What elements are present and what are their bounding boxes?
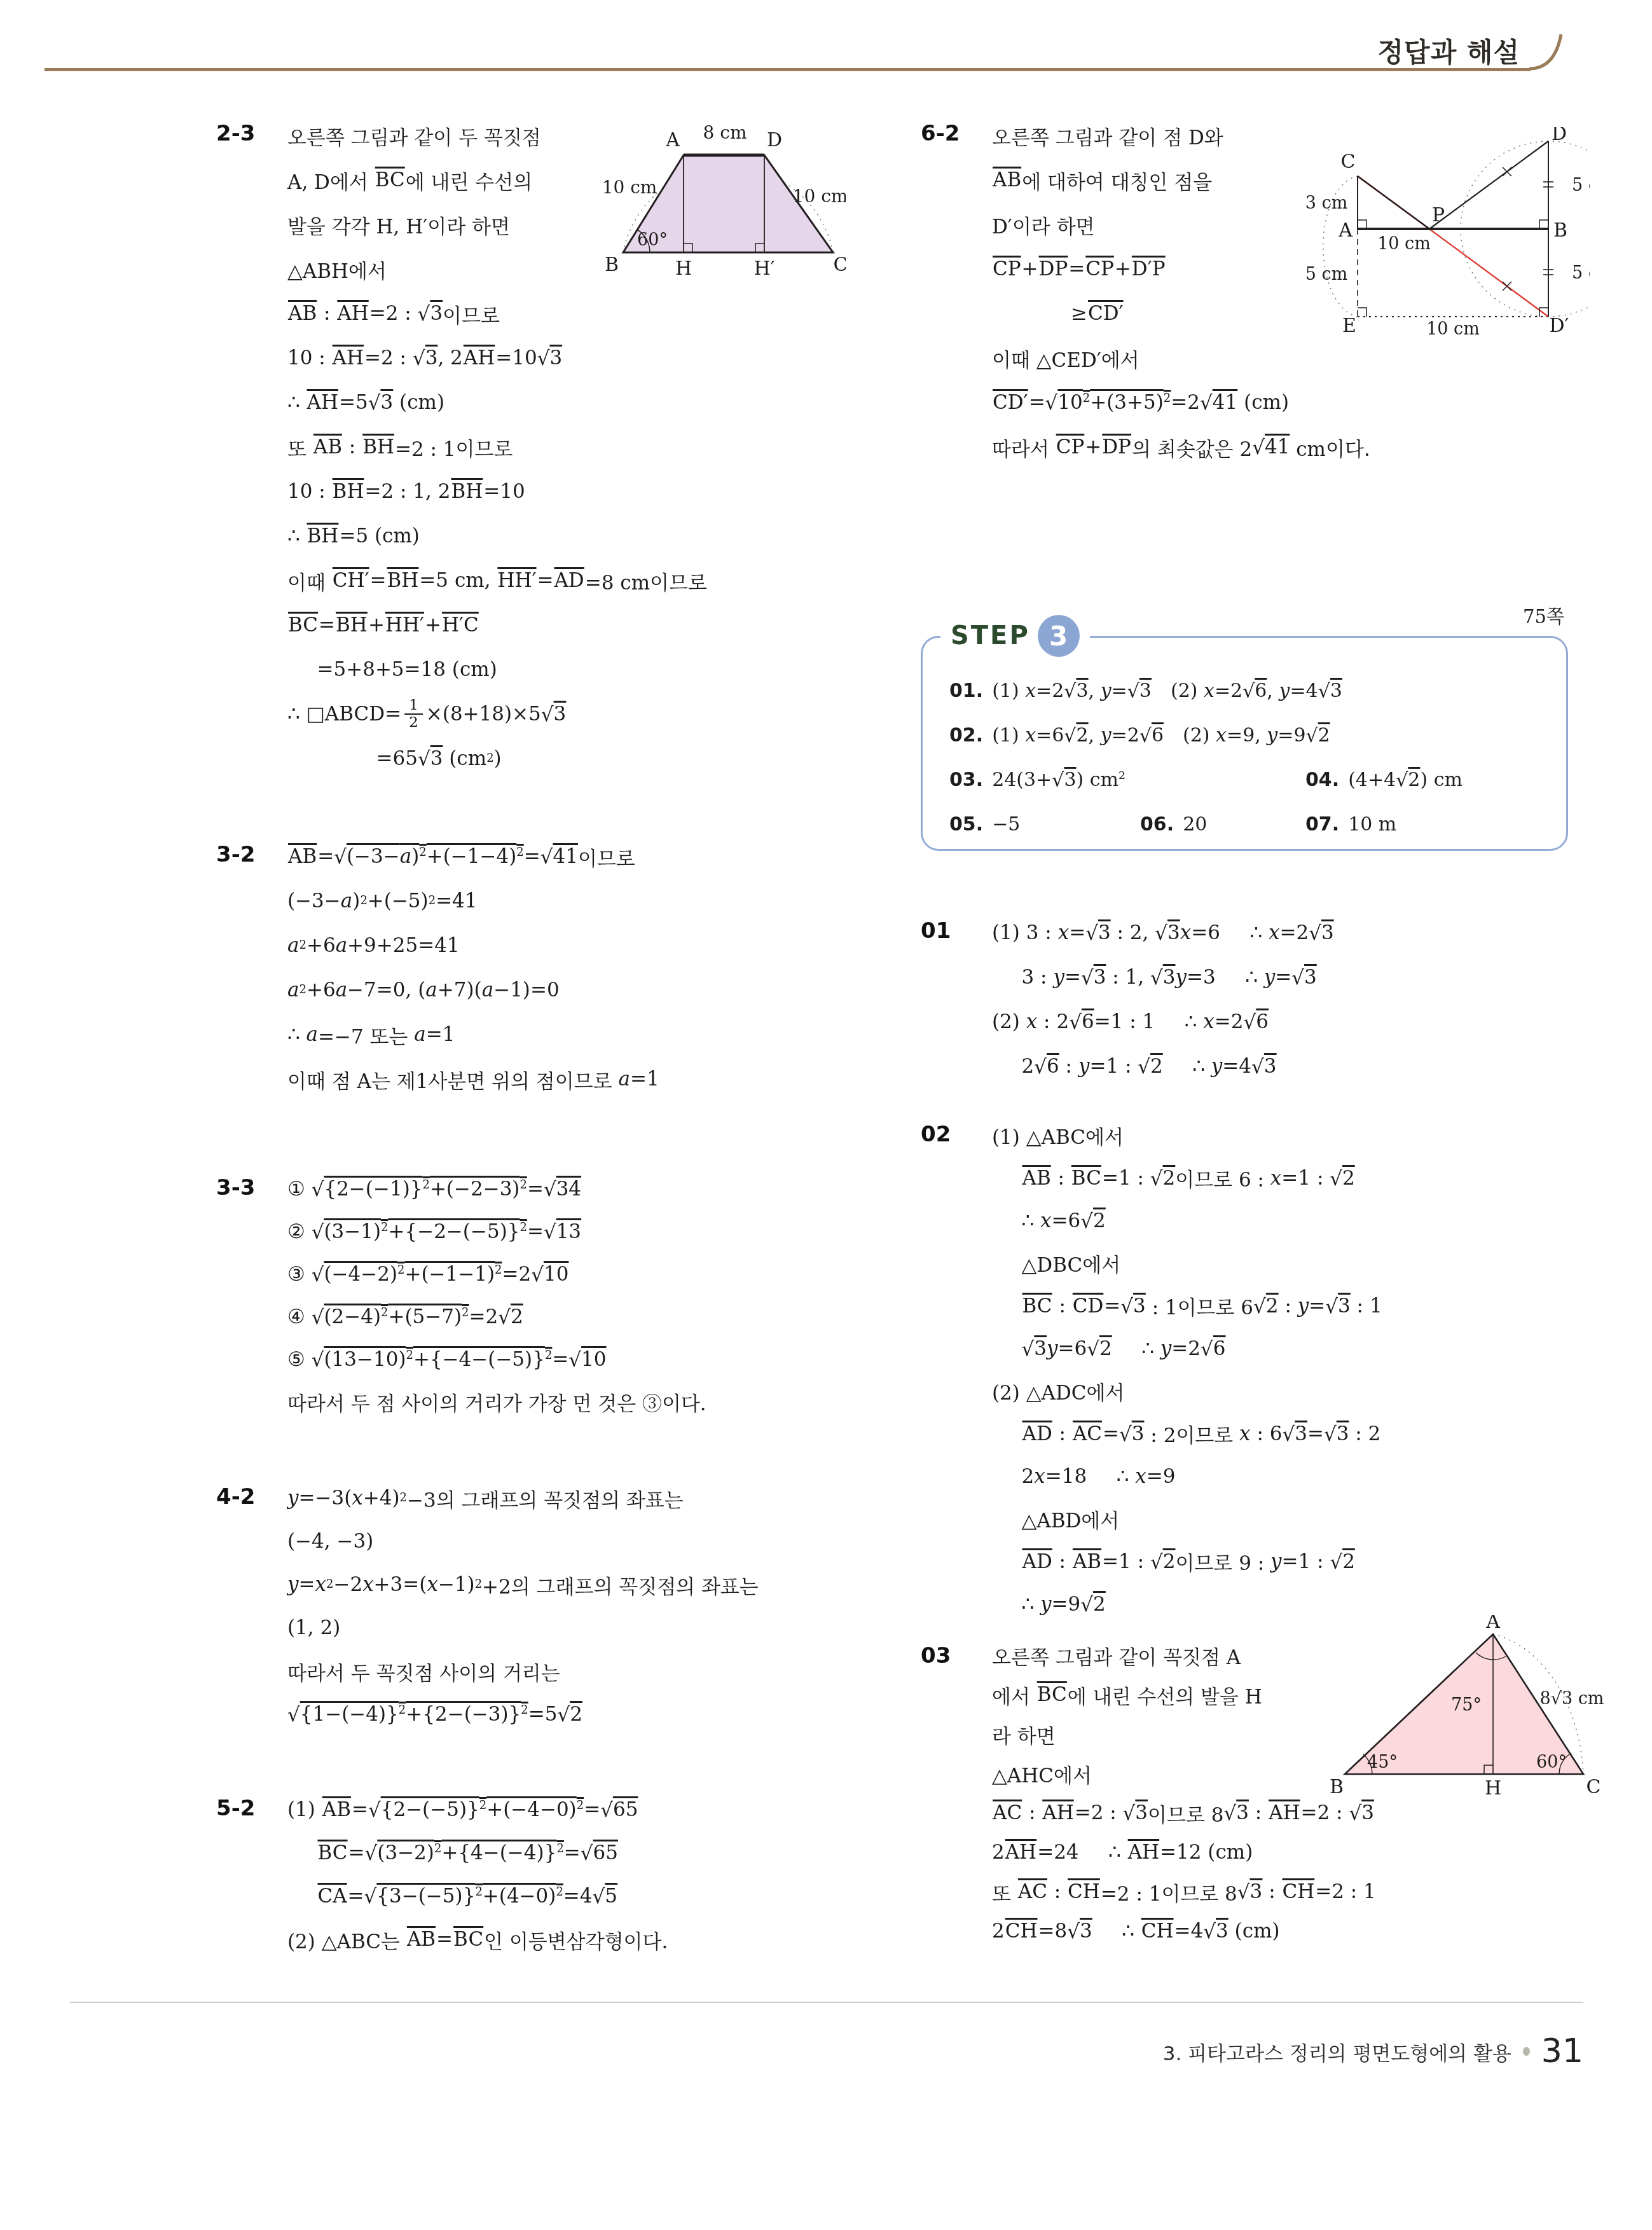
measure-label: 5 cm <box>1572 176 1590 195</box>
angle-label: 75° <box>1451 1695 1482 1715</box>
vertex-label: C <box>834 254 846 276</box>
math-line: a2+6a−7=0, (a+7)(a−1)=0 <box>287 968 659 1012</box>
math-line: (1) △ABC에서 <box>992 1114 1382 1157</box>
math-line: BC=BH+HH′+H′C <box>287 603 707 647</box>
answer-value: (1) x=62, y=26 (2) x=9, y=92 <box>992 724 1330 747</box>
answer-value: (4+42) cm <box>1348 769 1463 791</box>
math-line: AB : BC=1 : 2이므로 6 : x=1 : 2 <box>992 1157 1382 1199</box>
right-angle-mark <box>1358 220 1366 229</box>
math-line: 오른쪽 그림과 같이 꼭짓점 A <box>992 1635 1376 1675</box>
answer-rows: 01.(1) x=23, y=3 (2) x=26, y=4302.(1) x=… <box>949 668 1551 846</box>
tick-mark <box>1503 167 1511 176</box>
step3-tab: STEP 3 <box>940 615 1090 657</box>
math-line: 26 : y=1 : 2 ∴ y=43 <box>992 1044 1334 1089</box>
problem-number: 02 <box>921 1122 951 1147</box>
step-label: STEP <box>951 621 1030 650</box>
math-line: 에서 BC에 내린 수선의 발을 H <box>992 1675 1376 1714</box>
vertex-label: A <box>665 129 680 151</box>
measure-label: 8 cm <box>703 122 747 143</box>
math-line: 2CH=83 ∴ CH=43 (cm) <box>992 1911 1376 1951</box>
solution-lines: y=−3(x+4)2−3의 그래프의 꼭짓점의 좌표는(−4, −3)y=x2−… <box>287 1476 759 1736</box>
measure-label: 5 cm <box>1572 263 1590 283</box>
problem-number: 03 <box>921 1643 951 1669</box>
vertex-label: B <box>605 254 619 276</box>
answer-item: 07.10 m <box>1305 813 1396 836</box>
answer-number: 06. <box>1140 813 1174 836</box>
footer-page-number: 31 <box>1541 2032 1583 2070</box>
right-angle-mark <box>1358 308 1366 317</box>
answer-number: 03. <box>949 769 983 791</box>
header-rule-hook <box>1529 32 1566 71</box>
measure-label: 3 cm <box>1305 193 1348 213</box>
math-line: 또 AC : CH=2 : 1이므로 83 : CH=2 : 1 <box>992 1872 1376 1911</box>
step3-answer-box: STEP 3 01.(1) x=23, y=3 (2) x=26, y=4302… <box>921 636 1568 851</box>
math-line: 따라서 두 점 사이의 거리가 가장 먼 것은 ③이다. <box>287 1380 706 1423</box>
problem-number: 6-2 <box>921 121 960 146</box>
problem-01: 01 (1) 3 : x=3 : 2, 3x=6 ∴ x=23 3 : y=3 … <box>992 911 1334 1089</box>
problem-3-3: 3-3 ① {2−(−1)}2+(−2−3)2=34② (3−1)2+{−2−(… <box>287 1167 706 1423</box>
math-line: 이때 점 A는 제1사분면 위의 점이므로 a=1 <box>287 1057 659 1101</box>
math-line: △ABD에서 <box>992 1497 1382 1540</box>
math-line: (1) AB={2−(−5)}2+(−4−0)2=65 <box>287 1788 668 1831</box>
math-line: AC : AH=2 : 3이므로 83 : AH=2 : 3 <box>992 1793 1376 1833</box>
measure-label: 5 cm <box>1305 265 1348 284</box>
answer-number: 02. <box>949 724 983 747</box>
problem-number: 01 <box>921 918 951 944</box>
answer-row: 05.−506.2007.10 m <box>949 802 1551 846</box>
math-line: ∴ □ABCD=12×(8+18)×53 <box>287 692 707 736</box>
measure-label: 10 cm <box>1426 319 1480 337</box>
vertex-label: D <box>1552 127 1567 145</box>
answer-item: 06.20 <box>1140 813 1305 836</box>
math-line: ∴ AH=53 (cm) <box>287 380 707 425</box>
math-line: AB : AH=2 : 3이므로 <box>287 291 707 336</box>
answer-row: 02.(1) x=62, y=26 (2) x=9, y=92 <box>949 713 1551 757</box>
math-line: 10 : BH=2 : 1, 2BH=10 <box>287 469 707 514</box>
right-angle-mark <box>1539 220 1548 229</box>
math-line: CD′=102+(3+5)2=241 (cm) <box>992 380 1370 425</box>
problem-number: 5-2 <box>216 1796 255 1821</box>
math-line: AD : AC=3 : 2이므로 x : 63=3 : 2 <box>992 1412 1382 1455</box>
measure-label: 10 cm <box>1377 234 1431 254</box>
math-line: 이때 △CED′에서 <box>992 336 1370 380</box>
answer-value: 20 <box>1183 813 1207 836</box>
solution-lines: (1) 3 : x=3 : 2, 3x=6 ∴ x=23 3 : y=3 : 1… <box>992 911 1334 1089</box>
vertex-label: B <box>1330 1776 1344 1798</box>
problem-3-2: 3-2 AB=(−3−a)2+(−1−4)2=41이므로(−3−a)2+(−5)… <box>287 834 659 1101</box>
math-line: {1−(−4)}2+{2−(−3)}2=52 <box>287 1693 759 1736</box>
math-line: =5+8+5=18 (cm) <box>287 647 707 692</box>
footer-rule <box>70 2002 1583 2003</box>
answer-number: 04. <box>1305 769 1339 791</box>
math-line: ∴ BH=5 (cm) <box>287 514 707 558</box>
math-line: (2) △ADC에서 <box>992 1370 1382 1412</box>
math-line: ⑤ (13−10)2+{−4−(−5)}2=10 <box>287 1338 706 1380</box>
math-line: y=−3(x+4)2−3의 그래프의 꼭짓점의 좌표는 <box>287 1476 759 1520</box>
answer-item: 03.24(3+3) cm2 <box>949 769 1305 791</box>
vertex-label: C <box>1341 151 1356 173</box>
vertex-label: B <box>1553 219 1567 242</box>
vertex-label: E <box>1342 315 1356 337</box>
measure-label: 10 cm <box>793 186 846 207</box>
math-line: y=x2−2x+3=(x−1)2+2의 그래프의 꼭짓점의 좌표는 <box>287 1563 759 1606</box>
page-title: 정답과 해설 <box>1145 32 1520 70</box>
math-line: (−4, −3) <box>287 1520 759 1563</box>
figure-reflection: C D A B P E D′ 3 cm 5 cm 10 cm 5 cm 5 cm… <box>1297 127 1590 337</box>
angle-label: 60° <box>637 230 668 250</box>
solution-lines: (1) AB={2−(−5)}2+(−4−0)2=65 BC=(3−2)2+{4… <box>287 1788 668 1961</box>
math-line: BC=(3−2)2+{4−(−4)}2=65 <box>287 1831 668 1875</box>
problem-number: 4-2 <box>216 1484 255 1510</box>
answer-item: 04.(4+42) cm <box>1305 769 1463 791</box>
math-line: BC : CD=3 : 1이므로 62 : y=3 : 1 <box>992 1284 1382 1327</box>
answer-value: −5 <box>992 813 1020 836</box>
step-number-badge: 3 <box>1038 615 1080 657</box>
solution-lines: AB=(−3−a)2+(−1−4)2=41이므로(−3−a)2+(−5)2=41… <box>287 834 659 1101</box>
answer-value: (1) x=23, y=3 (2) x=26, y=43 <box>992 680 1342 702</box>
math-line: =653 (cm2) <box>287 736 707 781</box>
math-line: 10 : AH=2 : 3, 2AH=103 <box>287 336 707 380</box>
math-line: 2AH=24 ∴ AH=12 (cm) <box>992 1833 1376 1872</box>
math-line: (−3−a)2+(−5)2=41 <box>287 879 659 923</box>
problem-03: 03 오른쪽 그림과 같이 꼭짓점 A에서 BC에 내린 수선의 발을 H라 하… <box>992 1635 1376 1951</box>
math-line: 3y=62 ∴ y=26 <box>992 1327 1382 1370</box>
problem-number: 3-3 <box>216 1175 255 1201</box>
answer-number: 05. <box>949 813 983 836</box>
footer-dot-icon <box>1523 2047 1530 2056</box>
math-line: (2) △ABC는 AB=BC인 이등변삼각형이다. <box>287 1918 668 1961</box>
vertex-label: H <box>1485 1777 1501 1800</box>
math-line: ③ (−4−2)2+(−1−1)2=210 <box>287 1253 706 1295</box>
answer-value: 24(3+3) cm2 <box>992 769 1125 791</box>
answer-number: 07. <box>1305 813 1339 836</box>
angle-label: 60° <box>1536 1752 1567 1772</box>
math-line: 2x=18 ∴ x=9 <box>992 1455 1382 1497</box>
math-line: (1) 3 : x=3 : 2, 3x=6 ∴ x=23 <box>992 911 1334 955</box>
vertex-label: H <box>675 258 692 280</box>
math-line: a2+6a+9+25=41 <box>287 923 659 968</box>
math-line: (1, 2) <box>287 1606 759 1649</box>
solution-lines: 오른쪽 그림과 같이 꼭짓점 A에서 BC에 내린 수선의 발을 H라 하면△A… <box>992 1635 1376 1951</box>
figure-trapezoid: A D 8 cm B C H H′ 10 cm 10 cm 60° <box>604 116 846 281</box>
problem-4-2: 4-2 y=−3(x+4)2−3의 그래프의 꼭짓점의 좌표는(−4, −3)y… <box>287 1476 759 1736</box>
vertex-label: C <box>1587 1776 1601 1798</box>
math-line: AB=(−3−a)2+(−1−4)2=41이므로 <box>287 834 659 879</box>
math-line: ∴ y=92 <box>992 1583 1382 1625</box>
problem-number: 3-2 <box>216 842 255 867</box>
math-line: 이때 CH′=BH=5 cm, HH′=AD=8 cm이므로 <box>287 558 707 603</box>
answer-value: 10 m <box>1348 813 1396 836</box>
math-line: ∴ x=62 <box>992 1199 1382 1242</box>
math-line: (2) x : 26=1 : 1 ∴ x=26 <box>992 1000 1334 1044</box>
vertex-label: A <box>1338 219 1353 242</box>
figure-triangle: A B C H 75° 45° 60° 8√3 cm <box>1329 1615 1615 1800</box>
math-line: △DBC에서 <box>992 1242 1382 1284</box>
footer-chapter-title: 3. 피타고라스 정리의 평면도형에의 활용 <box>1163 2037 1511 2066</box>
math-line: 또 AB : BH=2 : 1이므로 <box>287 425 707 469</box>
measure-label: 10 cm <box>604 177 657 198</box>
vertex-label: A <box>1485 1615 1500 1633</box>
angle-label: 45° <box>1367 1752 1398 1772</box>
solution-lines: ① {2−(−1)}2+(−2−3)2=34② (3−1)2+{−2−(−5)}… <box>287 1167 706 1423</box>
vertex-label: H′ <box>754 258 775 280</box>
math-line: 따라서 CP+DP의 최솟값은 241 cm이다. <box>992 425 1370 469</box>
answer-item: 01.(1) x=23, y=3 (2) x=26, y=43 <box>949 680 1342 702</box>
math-line: AD : AB=1 : 2이므로 9 : y=1 : 2 <box>992 1540 1382 1583</box>
answer-item: 05.−5 <box>949 813 1140 836</box>
problem-5-2: 5-2 (1) AB={2−(−5)}2+(−4−0)2=65 BC=(3−2)… <box>287 1788 668 1961</box>
answer-row: 01.(1) x=23, y=3 (2) x=26, y=43 <box>949 668 1551 713</box>
math-line: CA={3−(−5)}2+(4−0)2=45 <box>287 1875 668 1918</box>
answer-item: 02.(1) x=62, y=26 (2) x=9, y=92 <box>949 724 1330 747</box>
math-line: △AHC에서 <box>992 1754 1376 1793</box>
tick-mark <box>1503 282 1511 291</box>
textbook-answer-page: 정답과 해설 2-3 오른쪽 그림과 같이 두 꼭짓점A, D에서 BC에 내린… <box>0 0 1652 2230</box>
answer-row: 03.24(3+3) cm204.(4+42) cm <box>949 757 1551 802</box>
math-line: 라 하면 <box>992 1714 1376 1754</box>
vertex-label: P <box>1432 204 1445 226</box>
measure-label: 8√3 cm <box>1540 1689 1604 1709</box>
footer: 3. 피타고라스 정리의 평면도형에의 활용 31 <box>827 2032 1583 2070</box>
answer-number: 01. <box>949 680 983 702</box>
solution-lines: (1) △ABC에서 AB : BC=1 : 2이므로 6 : x=1 : 2 … <box>992 1114 1382 1625</box>
vertex-label: D <box>767 129 782 151</box>
math-line: ① {2−(−1)}2+(−2−3)2=34 <box>287 1167 706 1210</box>
math-line: ④ (2−4)2+(5−7)2=22 <box>287 1295 706 1338</box>
math-line: ∴ a=−7 또는 a=1 <box>287 1012 659 1057</box>
math-line: 따라서 두 꼭짓점 사이의 거리는 <box>287 1649 759 1693</box>
problem-number: 2-3 <box>216 121 255 146</box>
math-line: 3 : y=3 : 1, 3y=3 ∴ y=3 <box>992 955 1334 1000</box>
vertex-label: D′ <box>1550 315 1569 337</box>
problem-02: 02 (1) △ABC에서 AB : BC=1 : 2이므로 6 : x=1 :… <box>992 1114 1382 1625</box>
math-line: ② (3−1)2+{−2−(−5)}2=13 <box>287 1210 706 1253</box>
